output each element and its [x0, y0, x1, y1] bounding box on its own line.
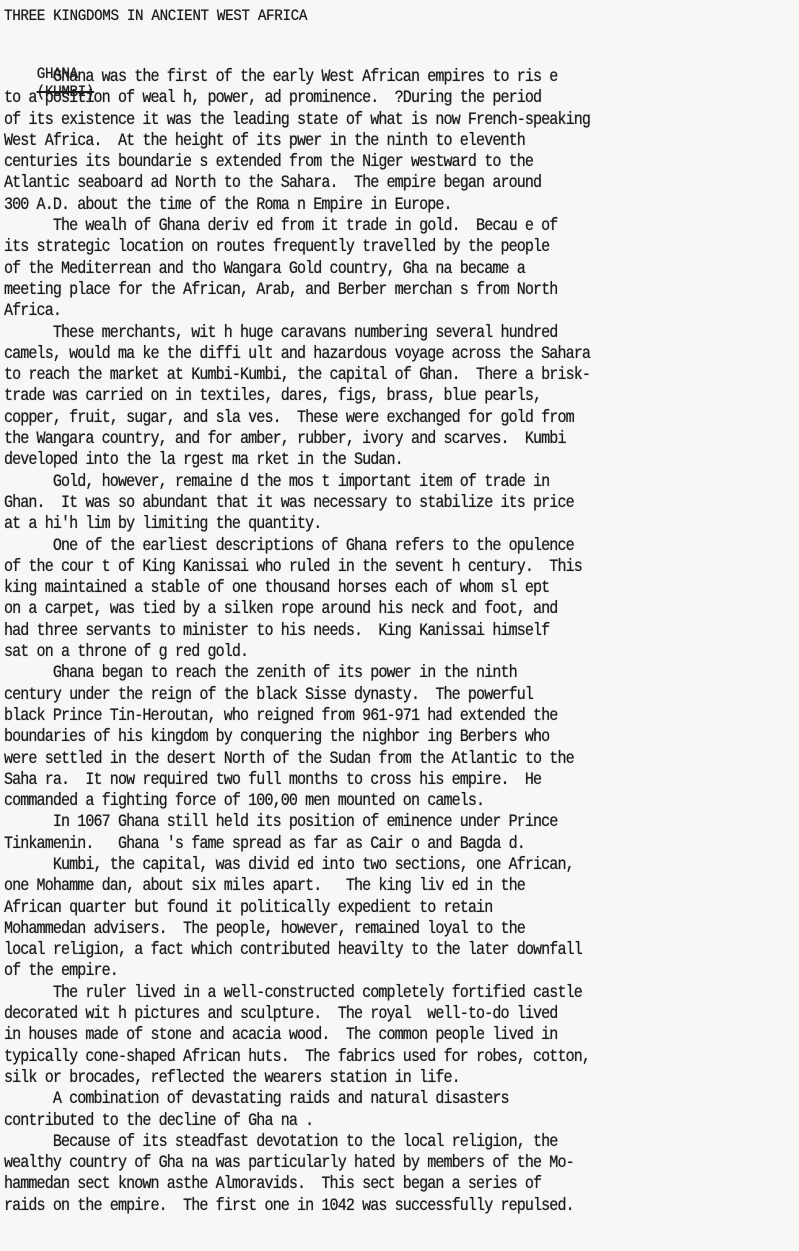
- body-line: in houses made of stone and acacia wood.…: [4, 1025, 774, 1046]
- body-line: developed into the la rgest ma rket in t…: [4, 450, 774, 471]
- body-line: decorated wit h pictures and sculpture. …: [4, 1004, 774, 1025]
- body-line: king maintained a stable of one thousand…: [4, 578, 774, 599]
- body-line: 300 A.D. about the time of the Roma n Em…: [4, 195, 774, 216]
- body-line: typically cone-shaped African huts. The …: [4, 1047, 774, 1068]
- body-line: commanded a fighting force of 100,00 men…: [4, 791, 774, 812]
- body-line: Ghana began to reach the zenith of its p…: [4, 663, 774, 684]
- body-line: had three servants to minister to his ne…: [4, 621, 774, 642]
- body-line: camels, would ma ke the diffi ult and ha…: [4, 344, 774, 365]
- body-line: to a position of weal h, power, ad promi…: [4, 88, 774, 109]
- body-line: of the empire.: [4, 961, 774, 982]
- body-line: Because of its steadfast devotation to t…: [4, 1132, 774, 1153]
- document-body: Ghana was the first of the early West Af…: [4, 67, 774, 1217]
- body-line: Atlantic seaboard ad North to the Sahara…: [4, 173, 774, 194]
- body-line: at a hi'h lim by limiting the quantity.: [4, 514, 774, 535]
- body-line: Ghana was the first of the early West Af…: [4, 67, 774, 88]
- body-line: Saha ra. It now required two full months…: [4, 770, 774, 791]
- body-line: on a carpet, was tied by a silken rope a…: [4, 599, 774, 620]
- body-line: Africa.: [4, 301, 774, 322]
- body-line: Ghan. It was so abundant that it was nec…: [4, 493, 774, 514]
- body-line: The ruler lived in a well-constructed co…: [4, 983, 774, 1004]
- body-line: Gold, however, remaine d the mos t impor…: [4, 472, 774, 493]
- body-line: century under the reign of the black Sis…: [4, 685, 774, 706]
- body-line: sat on a throne of g red gold.: [4, 642, 774, 663]
- scanned-document-page: THREE KINGDOMS IN ANCIENT WEST AFRICA GH…: [0, 0, 799, 1251]
- body-line: were settled in the desert North of the …: [4, 749, 774, 770]
- body-line: of the cour t of King Kanissai who ruled…: [4, 557, 774, 578]
- body-line: The wealh of Ghana deriv ed from it trad…: [4, 216, 774, 237]
- body-line: boundaries of his kingdom by conquering …: [4, 727, 774, 748]
- body-line: trade was carried on in textiles, dares,…: [4, 386, 774, 407]
- body-line: Mohammedan advisers. The people, however…: [4, 919, 774, 940]
- body-line: A combination of devastating raids and n…: [4, 1089, 774, 1110]
- body-line: contributed to the decline of Gha na .: [4, 1111, 774, 1132]
- body-line: silk or brocades, reflected the wearers …: [4, 1068, 774, 1089]
- body-line: One of the earliest descriptions of Ghan…: [4, 536, 774, 557]
- body-line: These merchants, wit h huge caravans num…: [4, 323, 774, 344]
- body-line: Tinkamenin. Ghana 's fame spread as far …: [4, 834, 774, 855]
- body-line: Kumbi, the capital, was divid ed into tw…: [4, 855, 774, 876]
- body-line: In 1067 Ghana still held its position of…: [4, 812, 774, 833]
- body-line: of its existence it was the leading stat…: [4, 110, 774, 131]
- body-line: the Wangara country, and for amber, rubb…: [4, 429, 774, 450]
- body-line: of the Mediterrean and tho Wangara Gold …: [4, 259, 774, 280]
- body-line: wealthy country of Gha na was particular…: [4, 1153, 774, 1174]
- body-line: copper, fruit, sugar, and sla ves. These…: [4, 408, 774, 429]
- body-line: one Mohamme dan, about six miles apart. …: [4, 876, 774, 897]
- document-title: THREE KINGDOMS IN ANCIENT WEST AFRICA: [4, 7, 307, 25]
- body-line: hammedan sect known asthe Almoravids. Th…: [4, 1174, 774, 1195]
- body-line: raids on the empire. The first one in 10…: [4, 1196, 774, 1217]
- body-line: its strategic location on routes frequen…: [4, 237, 774, 258]
- body-line: meeting place for the African, Arab, and…: [4, 280, 774, 301]
- body-line: West Africa. At the height of its pwer i…: [4, 131, 774, 152]
- body-line: African quarter but found it politically…: [4, 898, 774, 919]
- body-line: centuries its boundarie s extended from …: [4, 152, 774, 173]
- body-line: local religion, a fact which contributed…: [4, 940, 774, 961]
- body-line: to reach the market at Kumbi-Kumbi, the …: [4, 365, 774, 386]
- body-line: black Prince Tin-Heroutan, who reigned f…: [4, 706, 774, 727]
